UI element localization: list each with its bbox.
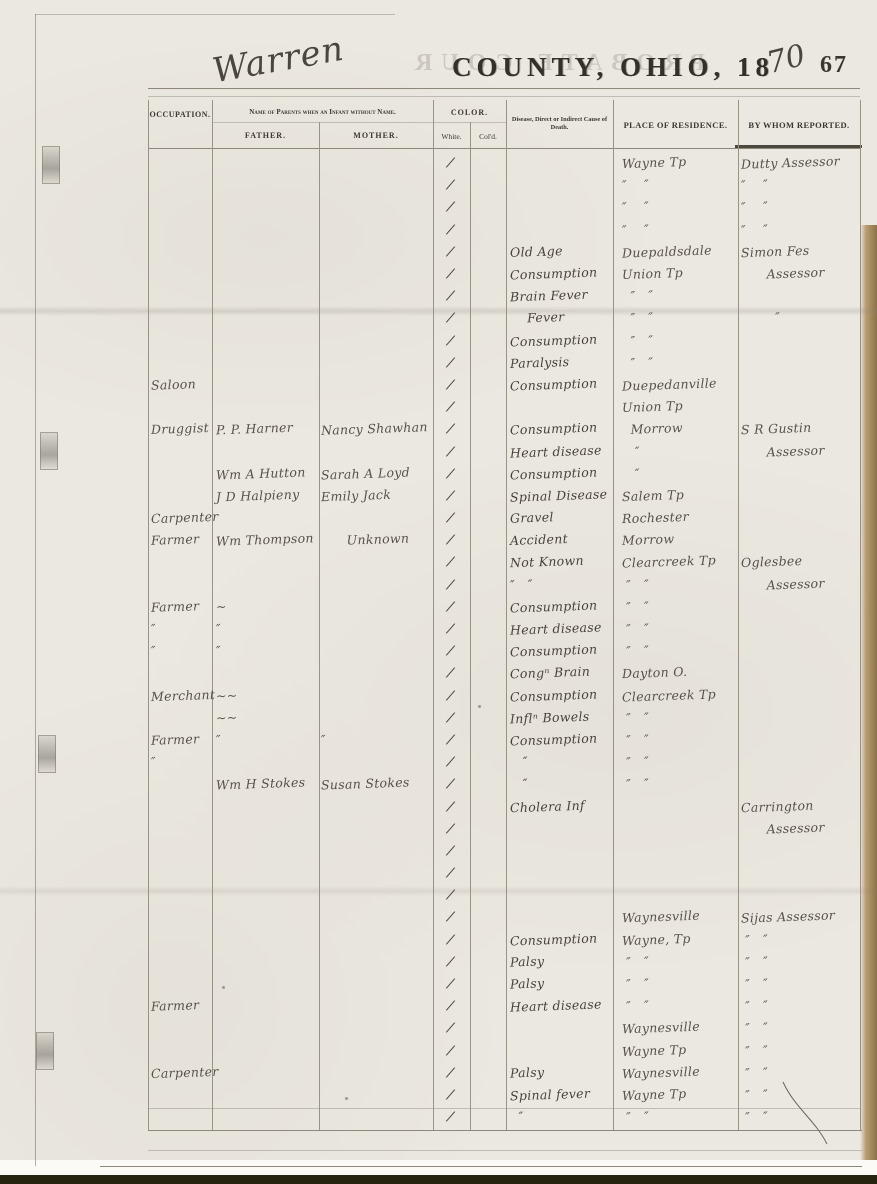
- cell-reported: ″ ″: [737, 975, 860, 993]
- table-row: Wm A HuttonSarah A Loyd/Consumption ″: [148, 463, 860, 485]
- table-row: /″ ″ ″ ″ Assessor: [148, 574, 860, 596]
- cell-residence: ″ ″: [612, 731, 737, 749]
- table-row: /: [148, 884, 860, 906]
- cell-father: ″: [212, 642, 319, 660]
- cell-white: /: [433, 908, 469, 926]
- binder-mark: [38, 735, 56, 773]
- cell-residence: ″ ″: [612, 221, 737, 239]
- cell-cause: Brain Fever: [505, 287, 612, 305]
- cell-cause: Gravel: [505, 509, 612, 527]
- cell-white: /: [433, 1042, 469, 1060]
- cell-white: /: [433, 332, 469, 350]
- cell-residence: Clearcreek Tp: [612, 687, 737, 705]
- cell-father: Wm Thompson: [212, 531, 319, 549]
- cell-cause: Paralysis: [505, 354, 612, 372]
- cell-white: /: [433, 287, 469, 305]
- cell-white: /: [433, 953, 469, 971]
- table-row: /Paralysis ″ ″: [148, 352, 860, 374]
- table-row: J D HalpienyEmily Jack/Spinal DiseaseSal…: [148, 485, 860, 507]
- cell-cause: ″: [505, 753, 612, 771]
- cell-reported: ″ ″: [737, 1019, 860, 1037]
- table-row: DruggistP. P. HarnerNancy Shawhan/Consum…: [148, 418, 860, 440]
- cell-white: /: [433, 420, 469, 438]
- cell-cause: Inflⁿ Bowels: [505, 709, 612, 727]
- cell-reported: Sijas Assessor: [737, 908, 860, 926]
- scan-bottom-dark-band: [0, 1175, 877, 1184]
- cell-white: /: [433, 1086, 469, 1104]
- cell-residence: ″ ″: [612, 775, 737, 793]
- scan-right-edge-band: [860, 225, 877, 1184]
- cell-residence: ″ ″: [612, 332, 737, 350]
- pen-flourish: [775, 1080, 835, 1150]
- cell-white: /: [433, 798, 469, 816]
- cell-residence: ″ ″: [612, 953, 737, 971]
- cell-white: /: [433, 975, 469, 993]
- cell-white: /: [433, 687, 469, 705]
- col-header-father: FATHER.: [213, 131, 318, 140]
- title-rule: [148, 88, 860, 89]
- table-row: /″ ″″ ″: [148, 174, 860, 196]
- binder-mark: [42, 146, 60, 184]
- col-header-color-group: COLOR.: [434, 108, 505, 117]
- cell-occupation: Saloon: [148, 376, 212, 394]
- cell-reported: Oglesbee: [737, 553, 860, 571]
- table-row: Carpenter/GravelRochester: [148, 507, 860, 529]
- cell-father: ~~: [212, 687, 319, 705]
- cell-residence: Morrow: [612, 420, 737, 438]
- col-header-parents-group: Name of Parents when an Infant without N…: [213, 108, 432, 116]
- cell-residence: Dayton O.: [612, 664, 737, 682]
- cell-reported: ″ ″: [737, 176, 860, 194]
- table-row: /Palsy ″ ″ ″ ″: [148, 951, 860, 973]
- table-row: ″″/Consumption ″ ″: [148, 640, 860, 662]
- col-header-reported: BY WHOM REPORTED.: [739, 120, 859, 130]
- cell-cause: Consumption: [505, 642, 612, 660]
- table-row: /Wayne TpDutty Assessor: [148, 152, 860, 174]
- cell-white: /: [433, 864, 469, 882]
- cell-white: /: [433, 398, 469, 416]
- cell-white: /: [433, 154, 469, 172]
- col-header-cause: Disease, Direct or Indirect Cause of Dea…: [508, 116, 611, 132]
- cell-cause: Palsy: [505, 975, 612, 993]
- table-row: Farmer~/Consumption ″ ″: [148, 596, 860, 618]
- cell-cause: Consumption: [505, 420, 612, 438]
- cell-white: /: [433, 1064, 469, 1082]
- cell-white: /: [433, 553, 469, 571]
- cell-reported: ″: [737, 309, 860, 327]
- cell-cause: Consumption: [505, 332, 612, 350]
- scan-bottom-white-strip: [0, 1160, 877, 1176]
- cell-cause: Old Age: [505, 243, 612, 261]
- cell-residence: ″ ″: [612, 176, 737, 194]
- cell-white: /: [433, 664, 469, 682]
- bottom-rule: [148, 1150, 862, 1151]
- cell-residence: ″ ″: [612, 997, 737, 1015]
- cell-residence: Waynesville: [612, 1019, 737, 1037]
- cell-white: /: [433, 354, 469, 372]
- cell-occupation: Carpenter: [148, 1064, 212, 1082]
- cell-white: /: [433, 997, 469, 1015]
- table-row: /Brain Fever ″ ″: [148, 285, 860, 307]
- table-row: /Wayne Tp ″ ″: [148, 1040, 860, 1062]
- cell-reported: ″ ″: [737, 1042, 860, 1060]
- table-row: /Old AgeDuepaldsdaleSimon Fes: [148, 241, 860, 263]
- table-row: /ConsumptionUnion Tp Assessor: [148, 263, 860, 285]
- bottom-rule: [100, 1166, 862, 1167]
- cell-white: /: [433, 265, 469, 283]
- cell-father: Wm H Stokes: [212, 775, 319, 793]
- cell-residence: Wayne Tp: [612, 1042, 737, 1060]
- cell-occupation: Farmer: [148, 731, 212, 749]
- cell-white: /: [433, 309, 469, 327]
- table-row: / Assessor: [148, 818, 860, 840]
- cell-cause: Spinal Disease: [505, 487, 612, 505]
- table-row: /Palsy ″ ″ ″ ″: [148, 973, 860, 995]
- parents-subrule: [212, 122, 433, 123]
- cell-white: /: [433, 531, 469, 549]
- table-row: Farmer/Heart disease ″ ″ ″ ″: [148, 995, 860, 1017]
- table-row: Merchant~~/ConsumptionClearcreek Tp: [148, 685, 860, 707]
- cell-cause: Consumption: [505, 731, 612, 749]
- table-row: /ConsumptionWayne, Tp ″ ″: [148, 929, 860, 951]
- cell-cause: Heart disease: [505, 997, 612, 1015]
- cell-residence: Waynesville: [612, 1064, 737, 1082]
- cell-mother: Susan Stokes: [319, 775, 433, 793]
- cell-occupation: ″: [148, 642, 212, 660]
- cell-residence: ″ ″: [612, 309, 737, 327]
- cell-cause: ″: [505, 1108, 612, 1126]
- cell-residence: ″ ″: [612, 576, 737, 594]
- cell-residence: Waynesville: [612, 908, 737, 926]
- table-row: FarmerWm Thompson Unknown/AccidentMorrow: [148, 529, 860, 551]
- cell-cause: Palsy: [505, 1064, 612, 1082]
- cell-occupation: Farmer: [148, 598, 212, 616]
- cell-cause: Congⁿ Brain: [505, 664, 612, 682]
- cell-white: /: [433, 465, 469, 483]
- cell-white: /: [433, 1108, 469, 1126]
- cell-white: /: [433, 221, 469, 239]
- cell-cause: Not Known: [505, 553, 612, 571]
- table-row: /: [148, 862, 860, 884]
- cell-occupation: Farmer: [148, 997, 212, 1015]
- cell-cause: ″: [505, 775, 612, 793]
- table-row: ″″/Heart disease ″ ″: [148, 618, 860, 640]
- binder-mark: [40, 432, 58, 470]
- cell-white: /: [433, 753, 469, 771]
- cell-white: /: [433, 598, 469, 616]
- cell-residence: ″: [612, 465, 737, 483]
- cell-occupation: ″: [148, 753, 212, 771]
- cell-mother: Sarah A Loyd: [319, 465, 433, 483]
- bottom-rule: [148, 1130, 862, 1131]
- table-row: /Not KnownClearcreek TpOglesbee: [148, 551, 860, 573]
- cell-residence: Duepaldsdale: [612, 243, 737, 261]
- cell-cause: Consumption: [505, 687, 612, 705]
- cell-occupation: ″: [148, 620, 212, 638]
- cell-mother: Unknown: [319, 531, 433, 549]
- cell-residence: ″ ″: [612, 198, 737, 216]
- cell-residence: Wayne Tp: [612, 1086, 737, 1104]
- cell-residence: Wayne, Tp: [612, 931, 737, 949]
- cell-residence: Union Tp: [612, 265, 737, 283]
- binder-mark: [36, 1032, 54, 1070]
- cell-mother: ″: [319, 731, 433, 749]
- cell-residence: Rochester: [612, 509, 737, 527]
- cell-reported: ″ ″: [737, 953, 860, 971]
- cell-residence: Union Tp: [612, 398, 737, 416]
- cell-residence: ″ ″: [612, 975, 737, 993]
- cell-white: /: [433, 775, 469, 793]
- cell-cause: Palsy: [505, 953, 612, 971]
- table-row: Wm H StokesSusan Stokes/ ″ ″ ″: [148, 773, 860, 795]
- cell-residence: ″ ″: [612, 354, 737, 372]
- county-name-handwritten: Warren: [210, 29, 348, 91]
- cell-cause: Consumption: [505, 598, 612, 616]
- cell-residence: ″ ″: [612, 709, 737, 727]
- table-row: Saloon/ConsumptionDuepedanville: [148, 374, 860, 396]
- cell-reported: Simon Fes: [737, 243, 860, 261]
- cell-occupation: Druggist: [148, 420, 212, 438]
- cell-residence: ″: [612, 443, 737, 461]
- cell-reported: Carrington: [737, 798, 860, 816]
- cell-white: /: [433, 820, 469, 838]
- cell-white: /: [433, 931, 469, 949]
- cell-cause: ″ ″: [505, 576, 612, 594]
- col-header-white: White.: [434, 132, 469, 141]
- cell-cause: Cholera Inf: [505, 798, 612, 816]
- header-bottom-rule: [148, 148, 860, 149]
- cell-white: /: [433, 509, 469, 527]
- cell-mother: Emily Jack: [319, 487, 433, 505]
- cell-white: /: [433, 642, 469, 660]
- page-title: COUNTY, OHIO, 18: [452, 52, 774, 83]
- table-row: /Congⁿ BrainDayton O.: [148, 662, 860, 684]
- table-row: Carpenter/PalsyWaynesville ″ ″: [148, 1062, 860, 1084]
- table-row: Farmer″″/Consumption ″ ″: [148, 729, 860, 751]
- cell-cause: Spinal fever: [505, 1086, 612, 1104]
- cell-occupation: Carpenter: [148, 509, 212, 527]
- cell-white: /: [433, 376, 469, 394]
- cell-reported: Assessor: [737, 820, 860, 838]
- table-row: ″/ ″ ″ ″: [148, 751, 860, 773]
- cell-residence: ″ ″: [612, 287, 737, 305]
- cell-father: ~: [212, 598, 319, 616]
- cell-white: /: [433, 842, 469, 860]
- table-row: /Heart disease ″ Assessor: [148, 440, 860, 462]
- cell-cause: Consumption: [505, 265, 612, 283]
- table-row: /Union Tp: [148, 396, 860, 418]
- page-fold-edge-line: [35, 14, 36, 1166]
- cell-white: /: [433, 731, 469, 749]
- cell-mother: Nancy Shawhan: [319, 420, 433, 438]
- cell-reported: ″ ″: [737, 931, 860, 949]
- cell-reported: Dutty Assessor: [737, 154, 860, 172]
- cell-reported: Assessor: [737, 265, 860, 283]
- table-row: /Cholera InfCarrington: [148, 795, 860, 817]
- col-header-residence: PLACE OF RESIDENCE.: [614, 120, 737, 130]
- cell-reported: ″ ″: [737, 221, 860, 239]
- cell-father: ″: [212, 620, 319, 638]
- cell-residence: ″ ″: [612, 598, 737, 616]
- cell-white: /: [433, 886, 469, 904]
- cell-occupation: Merchant: [148, 687, 212, 705]
- cell-cause: Accident: [505, 531, 612, 549]
- cell-cause: Heart disease: [505, 443, 612, 461]
- table-row: / Fever ″ ″ ″: [148, 307, 860, 329]
- cell-white: /: [433, 709, 469, 727]
- cell-cause: Consumption: [505, 376, 612, 394]
- cell-white: /: [433, 198, 469, 216]
- cell-residence: Clearcreek Tp: [612, 553, 737, 571]
- cell-white: /: [433, 443, 469, 461]
- cell-father: Wm A Hutton: [212, 465, 319, 483]
- cell-father: ~~: [212, 709, 319, 727]
- cell-cause: Heart disease: [505, 620, 612, 638]
- column-line: [860, 100, 861, 1130]
- header-dark-smudge: [735, 145, 862, 148]
- cell-white: /: [433, 243, 469, 261]
- table-row: /Waynesville ″ ″: [148, 1017, 860, 1039]
- year-handwritten: 70: [763, 38, 809, 81]
- cell-reported: Assessor: [737, 576, 860, 594]
- cell-white: /: [433, 176, 469, 194]
- table-row: /Spinal feverWayne Tp ″ ″: [148, 1084, 860, 1106]
- table-row: /Consumption ″ ″: [148, 330, 860, 352]
- table-row: / ″ ″ ″ ″ ″: [148, 1106, 860, 1128]
- page-fold-edge-top: [35, 14, 395, 15]
- cell-residence: ″ ″: [612, 642, 737, 660]
- cell-reported: S R Gustin: [737, 420, 860, 438]
- table-row: /: [148, 840, 860, 862]
- title-rule-2: [148, 96, 860, 97]
- cell-white: /: [433, 576, 469, 594]
- cell-white: /: [433, 487, 469, 505]
- cell-residence: ″ ″: [612, 1108, 737, 1126]
- cell-reported: ″ ″: [737, 997, 860, 1015]
- cell-father: ″: [212, 731, 319, 749]
- cell-white: /: [433, 620, 469, 638]
- table-row: /″ ″″ ″: [148, 196, 860, 218]
- scanned-ledger-page: PROBATE COUR Warren COUNTY, OHIO, 18 70 …: [0, 0, 877, 1184]
- col-header-mother: MOTHER.: [320, 131, 432, 140]
- col-header-occupation: OCCUPATION.: [149, 110, 211, 119]
- table-row: ~~/Inflⁿ Bowels ″ ″: [148, 707, 860, 729]
- cell-residence: ″ ″: [612, 620, 737, 638]
- table-rows: /Wayne TpDutty Assessor/″ ″″ ″/″ ″″ ″/″ …: [148, 152, 860, 1128]
- col-header-cold: Col'd.: [471, 132, 505, 141]
- cell-reported: Assessor: [737, 443, 860, 461]
- table-row: /″ ″″ ″: [148, 219, 860, 241]
- cell-father: P. P. Harner: [212, 420, 319, 438]
- cell-residence: Salem Tp: [612, 487, 737, 505]
- cell-occupation: Farmer: [148, 531, 212, 549]
- cell-white: /: [433, 1019, 469, 1037]
- cell-residence: Wayne Tp: [612, 154, 737, 172]
- cell-cause: Consumption: [505, 931, 612, 949]
- page-number: 67: [820, 52, 848, 79]
- table-row: /WaynesvilleSijas Assessor: [148, 906, 860, 928]
- cell-residence: ″ ″: [612, 753, 737, 771]
- cell-residence: Duepedanville: [612, 376, 737, 394]
- cell-cause: Consumption: [505, 465, 612, 483]
- cell-father: J D Halpieny: [212, 487, 319, 505]
- cell-residence: Morrow: [612, 531, 737, 549]
- cell-cause: Fever: [505, 309, 612, 327]
- cell-reported: ″ ″: [737, 198, 860, 216]
